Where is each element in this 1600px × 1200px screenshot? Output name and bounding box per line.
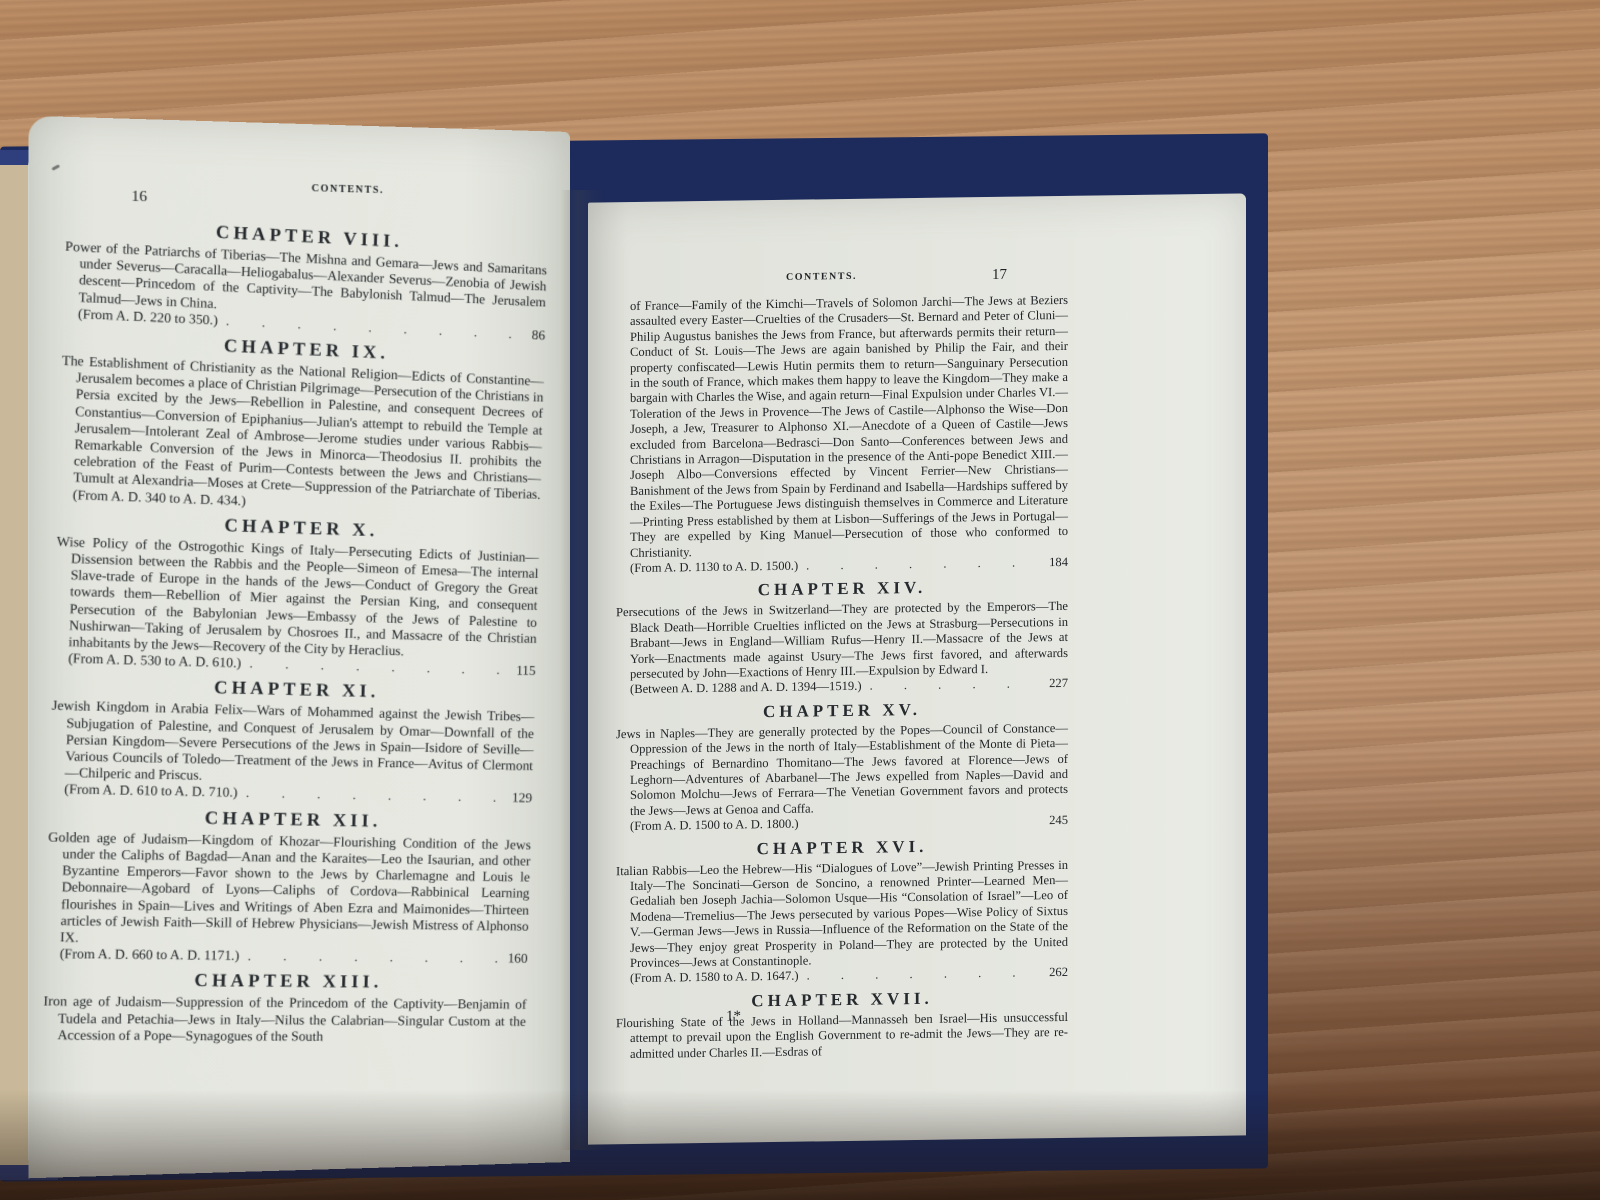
toc-chapter: CHAPTER XIV. Persecutions of the Jews in… xyxy=(616,576,1068,698)
chapter-summary: Jews in Naples—They are generally protec… xyxy=(616,721,1068,820)
date-range: (From A. D. 530 to A. D. 610.) xyxy=(68,651,241,672)
toc-chapter: CHAPTER XVII. Flourishing State of the J… xyxy=(616,987,1068,1063)
toc-chapter: CHAPTER IX. The Establishment of Christi… xyxy=(58,328,545,520)
chapter-summary: Iron age of Judaism—Suppression of the P… xyxy=(42,993,526,1045)
chapter-page-number: 262 xyxy=(1049,965,1068,981)
chapter-summary: The Establishment of Christianity as the… xyxy=(58,352,544,519)
toc-chapter: CHAPTER XIII. Iron age of Judaism—Suppre… xyxy=(42,969,527,1046)
toc-chapter: CHAPTER XII. Golden age of Judaism—Kingd… xyxy=(45,804,532,967)
signature-mark: 1* xyxy=(726,1008,741,1025)
table-shadow xyxy=(0,1090,1600,1200)
chapter-page-number: 160 xyxy=(507,950,528,966)
chapter-page-number: 245 xyxy=(1049,813,1068,829)
left-page: CONTENTS. 16 CHAPTER VIII. Power of the … xyxy=(28,116,570,1179)
chapter-summary: Flourishing State of the Jews in Holland… xyxy=(616,1010,1068,1063)
date-range: (Between A. D. 1288 and A. D. 1394—1519.… xyxy=(630,679,862,698)
running-head: CONTENTS. xyxy=(312,183,384,196)
summary-text: The Establishment of Christianity as the… xyxy=(62,352,544,502)
chapter-summary: Persecutions of the Jews in Switzerland—… xyxy=(616,599,1068,682)
toc-chapter: CHAPTER VIII. Power of the Patriarchs of… xyxy=(63,214,548,344)
chapter-summary: Golden age of Judaism—Kingdom of Khozar—… xyxy=(45,829,531,951)
date-range: (From A. D. 1580 to A. D. 1647.) xyxy=(630,969,799,987)
date-range: (From A. D. 1500 to A. D. 1800.) xyxy=(630,817,799,835)
chapter-summary: of France—Family of the Kimchi—Travels o… xyxy=(616,293,1068,561)
chapter-summary: Jewish Kingdom in Arabia Felix—Wars of M… xyxy=(50,698,535,791)
toc-chapter: CHAPTER XV. Jews in Naples—They are gene… xyxy=(616,698,1068,835)
page-number: 17 xyxy=(992,267,1007,284)
page-number: 16 xyxy=(131,189,147,207)
chapter-page-number: 227 xyxy=(1049,676,1068,692)
chapter-heading: CHAPTER XV. xyxy=(616,698,1068,724)
running-head: CONTENTS. xyxy=(786,271,857,283)
toc-chapter: CHAPTER XVI. Italian Rabbis—Leo the Hebr… xyxy=(616,834,1068,987)
right-page: CONTENTS. 17 of France—Family of the Kim… xyxy=(588,193,1246,1144)
chapter-heading: CHAPTER XVII. xyxy=(616,987,1068,1013)
dot-leader: . . . . . . . . . . . . . . . xyxy=(870,677,1042,695)
chapter-heading: CHAPTER XIII. xyxy=(44,969,527,994)
toc-chapter-continuation: of France—Family of the Kimchi—Travels o… xyxy=(616,293,1068,577)
date-range: (From A. D. 660 to A. D. 1171.) xyxy=(59,946,239,964)
toc-list: CHAPTER VIII. Power of the Patriarchs of… xyxy=(42,207,548,1045)
date-range: (From A. D. 1130 to A. D. 1500.) xyxy=(630,559,798,577)
chapter-page-number: 86 xyxy=(531,327,545,344)
chapter-heading: CHAPTER XVI. xyxy=(616,834,1068,860)
chapter-summary: Wise Policy of the Ostrogothic Kings of … xyxy=(54,533,539,663)
toc-chapter: CHAPTER XI. Jewish Kingdom in Arabia Fel… xyxy=(49,673,535,807)
dot-leader xyxy=(807,813,1041,832)
chapter-heading: CHAPTER XIV. xyxy=(616,576,1068,602)
dot-leader: . . . . . . . . . . . . . . . xyxy=(247,948,499,967)
chapter-page-number: 115 xyxy=(516,663,536,680)
dot-leader: . . . . . . . . . . . . . . . xyxy=(806,555,1041,574)
chapter-summary: Italian Rabbis—Leo the Hebrew—His “Dialo… xyxy=(616,857,1068,971)
date-range: (From A. D. 610 to A. D. 710.) xyxy=(64,782,238,802)
dot-leader: . . . . . . . . . . . . . . . xyxy=(807,966,1041,985)
toc-list: of France—Family of the Kimchi—Travels o… xyxy=(616,293,1068,1062)
ink-mark xyxy=(51,164,60,171)
toc-chapter: CHAPTER X. Wise Policy of the Ostrogothi… xyxy=(53,509,540,680)
chapter-page-number: 184 xyxy=(1049,555,1068,571)
chapter-page-number: 129 xyxy=(512,790,533,807)
